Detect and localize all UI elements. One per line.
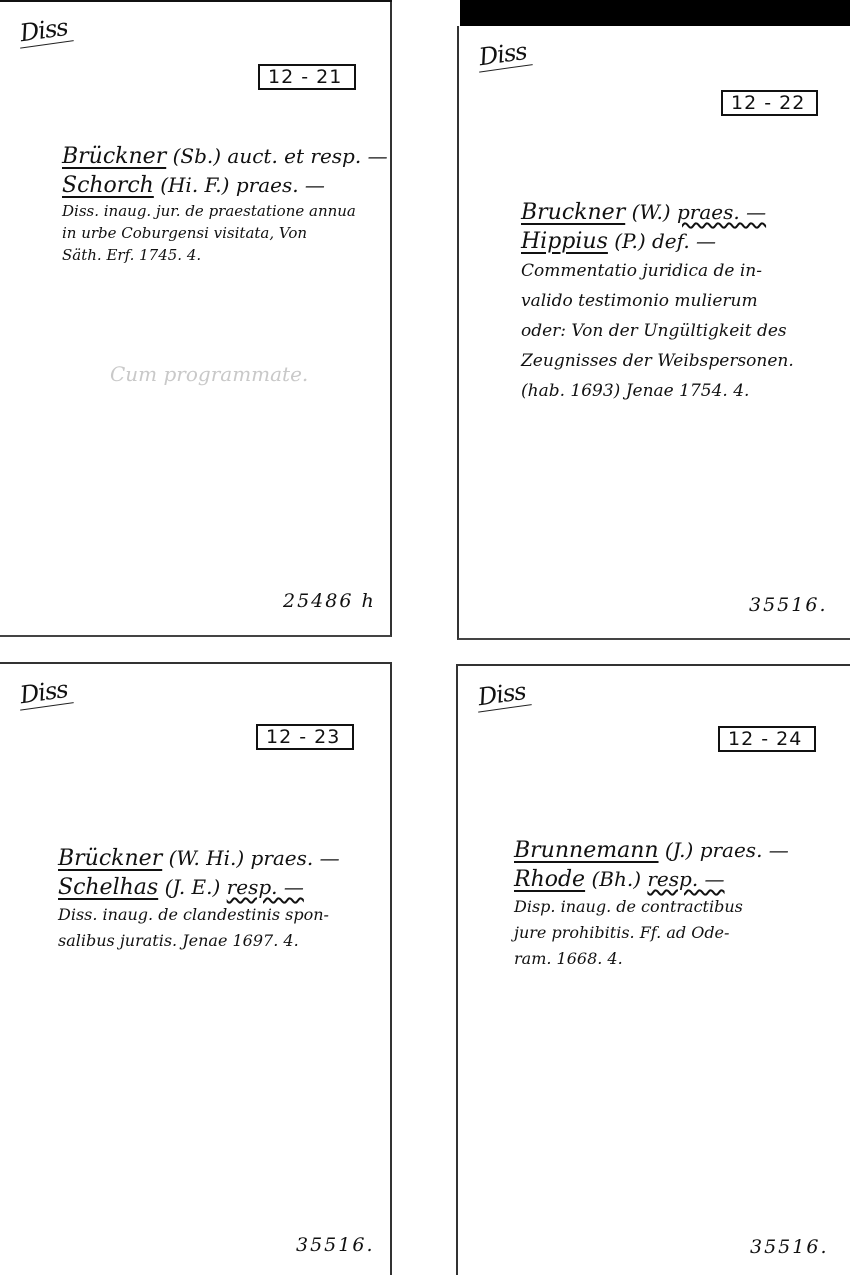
author-name: Brunnemann bbox=[514, 838, 659, 863]
accession-number: 35516. bbox=[750, 1236, 828, 1258]
title-line: valido testimonio mulierum bbox=[521, 286, 794, 316]
author-name: Brückner bbox=[62, 144, 166, 169]
author-role: resp. — bbox=[647, 867, 724, 891]
catalog-card-1: Diss 12 - 21 Brückner (Sb.) auct. et res… bbox=[0, 2, 392, 637]
title-line: Diss. inaug. de clandestinis spon- bbox=[58, 902, 340, 928]
author-line: Brückner (W. Hi.) praes. — bbox=[58, 844, 340, 873]
author-line: Schelhas (J. E.) resp. — bbox=[58, 873, 340, 902]
title-line: oder: Von der Ungültigkeit des bbox=[521, 316, 794, 346]
title-line: Disp. inaug. de contractibus bbox=[514, 894, 789, 920]
pencil-note: Cum programmate. bbox=[110, 362, 308, 386]
author-role: praes. — bbox=[700, 838, 789, 862]
author-name: Schorch bbox=[62, 173, 154, 198]
card-entry: Brückner (W. Hi.) praes. — Schelhas (J. … bbox=[58, 844, 340, 954]
author-initials: (W. Hi.) bbox=[169, 846, 245, 870]
title-line: Diss. inaug. jur. de praestatione annua bbox=[62, 200, 388, 222]
author-role: praes. — bbox=[251, 846, 340, 870]
author-line: Schorch (Hi. F.) praes. — bbox=[62, 171, 388, 200]
author-line: Brückner (Sb.) auct. et resp. — bbox=[62, 142, 388, 171]
card-entry: Brückner (Sb.) auct. et resp. — Schorch … bbox=[62, 142, 388, 266]
call-number-box: 12 - 24 bbox=[718, 726, 816, 752]
author-initials: (Hi. F.) bbox=[160, 173, 229, 197]
card-heading: Diss bbox=[474, 676, 531, 712]
author-initials: (J.) bbox=[665, 838, 693, 862]
author-role: praes. — bbox=[677, 200, 766, 224]
author-line: Brunnemann (J.) praes. — bbox=[514, 836, 789, 865]
call-number-box: 12 - 21 bbox=[258, 64, 356, 90]
title-line: in urbe Coburgensi visitata, Von bbox=[62, 222, 388, 244]
author-role: resp. — bbox=[227, 875, 304, 899]
author-line: Rhode (Bh.) resp. — bbox=[514, 865, 789, 894]
author-name: Hippius bbox=[521, 229, 608, 254]
author-initials: (J. E.) bbox=[165, 875, 221, 899]
title-line: Zeugnisses der Weibspersonen. bbox=[521, 346, 794, 376]
catalog-card-2: Diss 12 - 22 Bruckner (W.) praes. — Hipp… bbox=[457, 26, 850, 640]
author-name: Brückner bbox=[58, 846, 162, 871]
title-line: Commentatio juridica de in- bbox=[521, 256, 794, 286]
author-line: Hippius (P.) def. — bbox=[521, 227, 794, 256]
card-heading: Diss bbox=[16, 12, 73, 48]
title-line: (hab. 1693) Jenae 1754. 4. bbox=[521, 376, 794, 406]
author-role: praes. — bbox=[236, 173, 325, 197]
accession-number: 25486 h bbox=[283, 590, 376, 612]
catalog-card-4: Diss 12 - 24 Brunnemann (J.) praes. — Rh… bbox=[456, 664, 850, 1275]
author-initials: (W.) bbox=[632, 200, 671, 224]
card-heading: Diss bbox=[16, 674, 73, 710]
accession-number: 35516. bbox=[296, 1234, 374, 1256]
author-name: Bruckner bbox=[521, 200, 625, 225]
card-heading: Diss bbox=[475, 36, 532, 72]
call-number-box: 12 - 23 bbox=[256, 724, 354, 750]
author-name: Rhode bbox=[514, 867, 585, 892]
title-line: jure prohibitis. Ff. ad Ode- bbox=[514, 920, 789, 946]
title-line: salibus juratis. Jenae 1697. 4. bbox=[58, 928, 340, 954]
author-initials: (Sb.) bbox=[173, 144, 221, 168]
title-line: Säth. Erf. 1745. 4. bbox=[62, 244, 388, 266]
card-entry: Bruckner (W.) praes. — Hippius (P.) def.… bbox=[521, 198, 794, 406]
scan-edge-top-right bbox=[460, 0, 850, 26]
title-line: ram. 1668. 4. bbox=[514, 946, 789, 972]
author-role: auct. et resp. — bbox=[227, 144, 387, 168]
author-line: Bruckner (W.) praes. — bbox=[521, 198, 794, 227]
accession-number: 35516. bbox=[749, 594, 827, 616]
card-entry: Brunnemann (J.) praes. — Rhode (Bh.) res… bbox=[514, 836, 789, 972]
call-number-box: 12 - 22 bbox=[721, 90, 818, 116]
author-initials: (P.) bbox=[614, 229, 645, 253]
author-role: def. — bbox=[652, 229, 716, 253]
catalog-card-3: Diss 12 - 23 Brückner (W. Hi.) praes. — … bbox=[0, 662, 392, 1275]
author-name: Schelhas bbox=[58, 875, 158, 900]
author-initials: (Bh.) bbox=[591, 867, 641, 891]
